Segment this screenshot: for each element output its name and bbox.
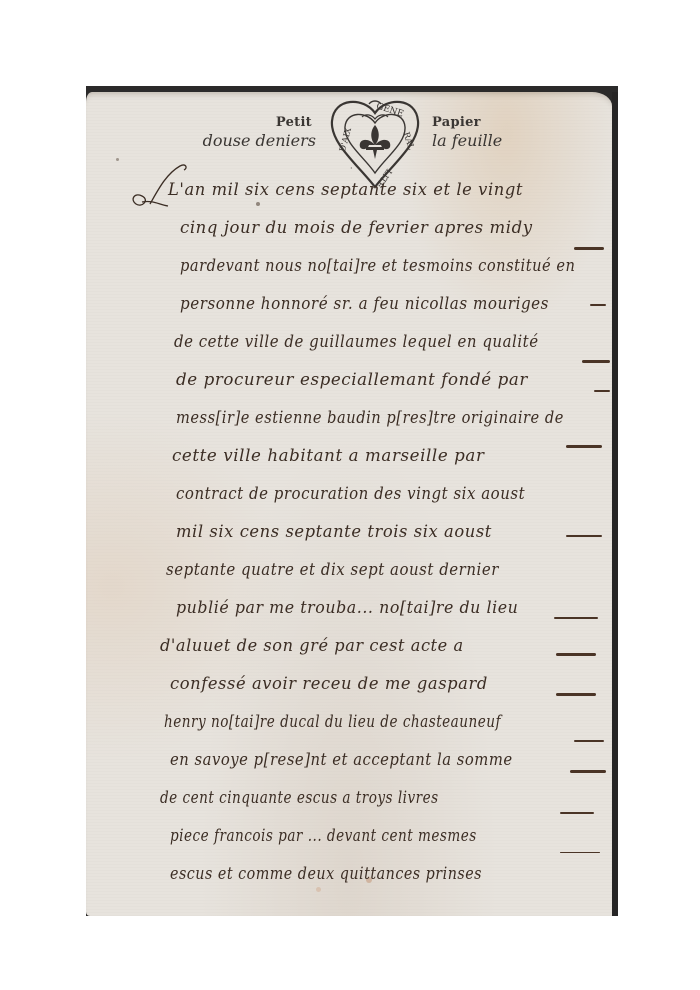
line-filler-dash <box>566 445 602 448</box>
line-filler-dash <box>560 812 594 814</box>
line-filler-dash <box>570 770 606 773</box>
text-line: d'aluuet de son gré par cest acte a <box>160 636 464 656</box>
text-line: de cette ville de guillaumes lequel en q… <box>174 332 539 352</box>
line-filler-dash <box>574 247 604 250</box>
line-filler-dash <box>560 852 600 853</box>
handwritten-body: L'an mil six cens septante six et le vin… <box>0 0 700 990</box>
text-line: septante quatre et dix sept aoust dernie… <box>166 560 499 580</box>
text-line: henry no[tai]re ducal du lieu de chastea… <box>164 712 501 732</box>
text-line: L'an mil six cens septante six et le vin… <box>168 180 523 200</box>
text-line: mess[ir]e estienne baudin p[res]tre orig… <box>176 408 564 428</box>
line-filler-dash <box>566 535 602 537</box>
text-line: cinq jour du mois de fevrier apres midy <box>180 218 533 238</box>
text-line: de procureur especiallemant fondé par <box>176 370 528 390</box>
line-filler-dash <box>554 617 598 619</box>
line-filler-dash <box>574 740 604 742</box>
text-line: publié par me trouba... no[tai]re du lie… <box>176 598 518 618</box>
text-line: confessé avoir receu de me gaspard <box>170 674 488 694</box>
text-line: contract de procuration des vingt six ao… <box>176 484 525 504</box>
text-line: de cent cinquante escus a troys livres <box>160 788 439 808</box>
text-line: en savoye p[rese]nt et acceptant la somm… <box>170 750 513 770</box>
line-filler-dash <box>582 360 610 363</box>
text-line: escus et comme deux quittances prinses <box>170 864 482 884</box>
line-filler-dash <box>594 390 610 392</box>
text-line: piece francois par ... devant cent mesme… <box>170 826 477 846</box>
line-filler-dash <box>556 653 596 656</box>
text-line: cette ville habitant a marseille par <box>172 446 484 466</box>
line-filler-dash <box>556 693 596 696</box>
text-line: pardevant nous no[tai]re et tesmoins con… <box>180 256 575 276</box>
line-filler-dash <box>590 304 606 306</box>
text-line: mil six cens septante trois six aoust <box>176 522 492 542</box>
text-line: personne honnoré sr. a feu nicollas mour… <box>180 294 549 314</box>
